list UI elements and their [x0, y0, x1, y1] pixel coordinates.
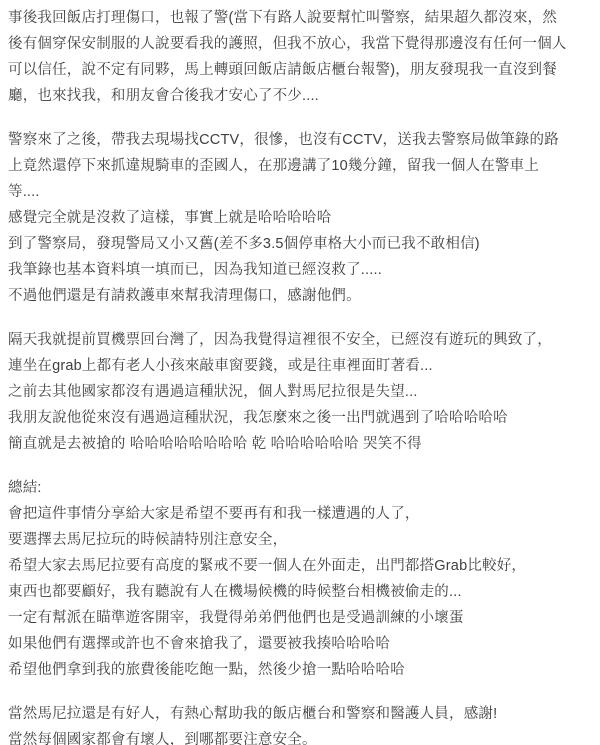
- post-text-line: 廳，也來找我，和朋友會合後我才安心了不少....: [8, 88, 319, 104]
- post-paragraph: 總結:會把這件事情分享給大家是希望不要再有和我一樣遭遇的人了，要選擇去馬尼拉玩的…: [8, 475, 592, 683]
- post-text-line: 等....: [8, 184, 40, 200]
- post-text-line: 隔天我就提前買機票回台灣了，因為我覺得這裡很不安全，已經沒有遊玩的興致了，: [8, 332, 552, 348]
- post-text-line: 東西也都要顧好，我有聽說有人在機場候機的時候整台相機被偷走的...: [8, 584, 462, 600]
- post-text-line: 感覺完全就是沒救了這樣，事實上就是哈哈哈哈哈: [8, 210, 331, 226]
- post-text-line: 我筆錄也基本資料填一填而已，因為我知道已經沒救了.....: [8, 262, 382, 278]
- post-text-line: 當然馬尼拉還是有好人，有熱心幫助我的飯店櫃台和警察和醫護人員，感謝!: [8, 706, 497, 722]
- post-text-line: 總結:: [8, 480, 42, 496]
- post-text-line: 簡直就是去被搶的 哈哈哈哈哈哈哈哈 乾 哈哈哈哈哈哈 哭笑不得: [8, 436, 422, 452]
- post-text-line: 後有個穿保安制服的人說要看我的護照，但我不放心，我當下覺得那邊沒有任何一個人: [8, 36, 567, 52]
- post-body: 事後我回飯店打理傷口，也報了警(當下有路人說要幫忙叫警察，結果超久都沒來，然後有…: [0, 0, 600, 745]
- post-text-line: 上竟然還停下來抓違規騎車的歪國人，在那邊講了10幾分鐘，留我一個人在警車上: [8, 158, 539, 174]
- post-text-line: 警察來了之後，帶我去現場找CCTV，很慘，也沒有CCTV，送我去警察局做筆錄的路: [8, 132, 559, 148]
- post-text-line: 之前去其他國家都沒有遇過這種狀況，個人對馬尼拉很是失望...: [8, 384, 418, 400]
- post-text-line: 會把這件事情分享給大家是希望不要再有和我一樣遭遇的人了，: [8, 506, 420, 522]
- post-paragraph: 隔天我就提前買機票回台灣了，因為我覺得這裡很不安全，已經沒有遊玩的興致了，連坐在…: [8, 327, 592, 457]
- post-text-line: 連坐在grab上都有老人小孩來敲車窗要錢，或是往車裡面盯著看...: [8, 358, 433, 374]
- post-text-line: 希望他們拿到我的旅費後能吃飽一點，然後少搶一點哈哈哈哈: [8, 662, 405, 678]
- post-paragraph: 警察來了之後，帶我去現場找CCTV，很慘，也沒有CCTV，送我去警察局做筆錄的路…: [8, 127, 592, 309]
- post-text-line: 要選擇去馬尼拉玩的時候請特別注意安全，: [8, 532, 287, 548]
- post-text-line: 事後我回飯店打理傷口，也報了警(當下有路人說要幫忙叫警察，結果超久都沒來，然: [8, 10, 557, 26]
- post-text-line: 到了警察局，發現警局又小又舊(差不多3.5個停車格大小而已我不敢相信): [8, 236, 480, 252]
- post-text-line: 一定有幫派在瞄準遊客開宰，我覺得弟弟們他們也是受過訓練的小壞蛋: [8, 610, 464, 626]
- post-paragraph: 當然馬尼拉還是有好人，有熱心幫助我的飯店櫃台和警察和醫護人員，感謝!當然每個國家…: [8, 701, 592, 745]
- post-paragraph: 事後我回飯店打理傷口，也報了警(當下有路人說要幫忙叫警察，結果超久都沒來，然後有…: [8, 5, 592, 109]
- post-text-line: 希望大家去馬尼拉要有高度的緊戒不要一個人在外面走，出門都搭Grab比較好，: [8, 558, 526, 574]
- post-text-line: 可以信任，說不定有同夥，馬上轉頭回飯店請飯店櫃台報警)，朋友發現我一直沒到餐: [8, 62, 557, 78]
- post-text-line: 不過他們還是有請救護車來幫我清理傷口，感謝他們。: [8, 288, 361, 304]
- post-text-line: 如果他們有選擇或許也不會來搶我了，還要被我揍哈哈哈哈: [8, 636, 390, 652]
- post-text-line: 當然每個國家都會有壞人，到哪都要注意安全。: [8, 732, 317, 745]
- post-text-line: 我朋友說他從來沒有遇過這種狀況，我怎麼來之後一出門就遇到了哈哈哈哈哈: [8, 410, 508, 426]
